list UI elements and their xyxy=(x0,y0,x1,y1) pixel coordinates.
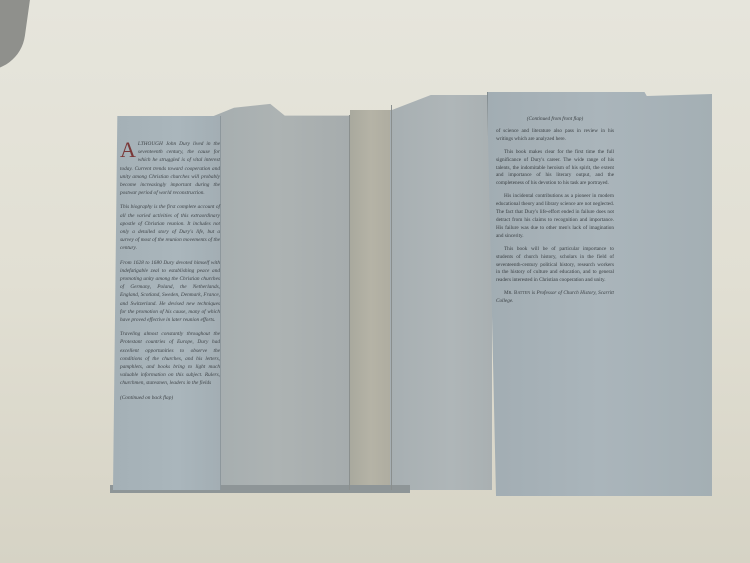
front-flap-paragraph-3: From 1628 to 1680 Dury devoted himself w… xyxy=(120,259,220,325)
author-name: Mr. Batten xyxy=(504,290,530,296)
back-flap-paragraph-4: This book will be of particular importan… xyxy=(496,246,614,286)
spine-panel xyxy=(350,110,392,493)
back-flap-text: (Continued from front flap) of science a… xyxy=(496,116,614,311)
continued-from-front-flap: (Continued from front flap) xyxy=(496,116,614,124)
back-cover-panel xyxy=(390,95,492,490)
shadow-corner xyxy=(0,0,32,75)
back-flap-paragraph-2: This book makes clear for the first time… xyxy=(496,149,614,189)
back-flap-paragraph-1: of science and literature also pass in r… xyxy=(496,128,614,144)
author-note: Mr. Batten is Professor of Church Histor… xyxy=(496,290,614,306)
front-flap-paragraph-1: ALTHOUGH John Dury lived in the seventee… xyxy=(120,140,220,197)
front-flap-paragraph-2: This biography is the first complete acc… xyxy=(120,203,220,252)
spine-fold-right xyxy=(391,105,392,490)
continued-on-back-flap: (Continued on back flap) xyxy=(120,394,220,402)
front-flap-paragraph-4: Traveling almost constantly throughout t… xyxy=(120,330,220,387)
spine-fold-left xyxy=(349,115,350,490)
front-flap-text: ALTHOUGH John Dury lived in the seventee… xyxy=(120,140,220,408)
front-cover-panel xyxy=(205,100,350,490)
dropcap: A xyxy=(120,140,136,160)
back-flap-paragraph-3: His incidental contributions as a pionee… xyxy=(496,193,614,240)
